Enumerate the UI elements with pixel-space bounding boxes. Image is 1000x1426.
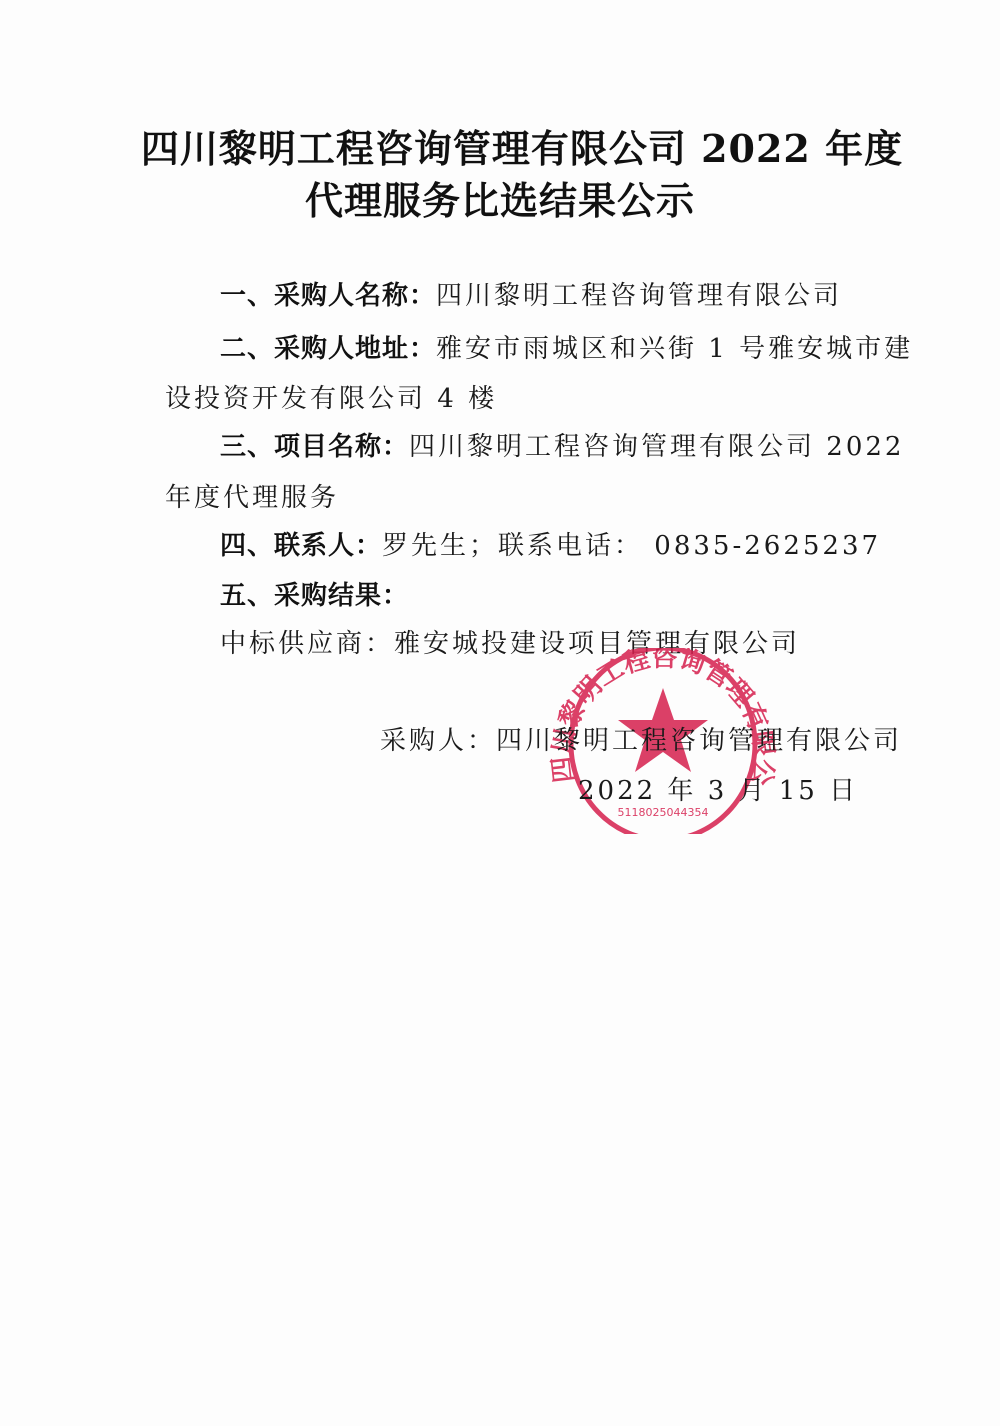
section-project-name: 三、项目名称：四川黎明工程咨询管理有限公司 2022 <box>220 426 904 463</box>
section-contact: 四、联系人：罗先生；联系电话： 0835-2625237 <box>220 525 881 562</box>
document-title-line2: 代理服务比选结果公示 <box>0 170 1000 225</box>
purchaser-name: 四川黎明工程咨询管理有限公司 <box>496 726 902 756</box>
document-title-line1: 四川黎明工程咨询管理有限公司 2022 年度 <box>22 118 1000 173</box>
section-label: 一、采购人名称： <box>220 281 436 311</box>
section-purchaser-address: 二、采购人地址：雅安市雨城区和兴街 1 号雅安城市建 <box>220 328 913 365</box>
section-value: 四川黎明工程咨询管理有限公司 2022 <box>409 432 904 462</box>
section-result: 五、采购结果： <box>220 575 409 612</box>
section-value: 四川黎明工程咨询管理有限公司 <box>436 281 842 311</box>
section-purchaser-address-continuation: 设投资开发有限公司 4 楼 <box>165 378 497 415</box>
winning-supplier: 中标供应商：雅安城投建设项目管理有限公司 <box>220 623 800 660</box>
winning-supplier-name: 雅安城投建设项目管理有限公司 <box>394 629 800 659</box>
seal-code: 5118025044354 <box>618 806 709 819</box>
svg-text:四川黎明工程咨询管理有限公司: 四川黎明工程咨询管理有限公司 <box>538 648 779 787</box>
section-label: 四、联系人： <box>220 531 382 561</box>
purchaser-signature: 采购人：四川黎明工程咨询管理有限公司 <box>380 720 902 757</box>
section-label: 三、项目名称： <box>220 432 409 462</box>
document-page: 四川黎明工程咨询管理有限公司 2022 年度 代理服务比选结果公示 一、采购人名… <box>0 0 1000 1426</box>
section-label: 五、采购结果： <box>220 581 409 611</box>
signature-date: 2022 年 3 月 15 日 <box>578 770 858 807</box>
section-value: 雅安市雨城区和兴街 1 号雅安城市建 <box>436 334 913 364</box>
section-purchaser-name: 一、采购人名称：四川黎明工程咨询管理有限公司 <box>220 275 842 312</box>
section-label: 二、采购人地址： <box>220 334 436 364</box>
section-project-name-continuation: 年度代理服务 <box>165 477 339 514</box>
section-value: 罗先生；联系电话： 0835-2625237 <box>382 531 881 561</box>
purchaser-label: 采购人： <box>380 726 496 756</box>
winning-supplier-label: 中标供应商： <box>220 629 394 659</box>
